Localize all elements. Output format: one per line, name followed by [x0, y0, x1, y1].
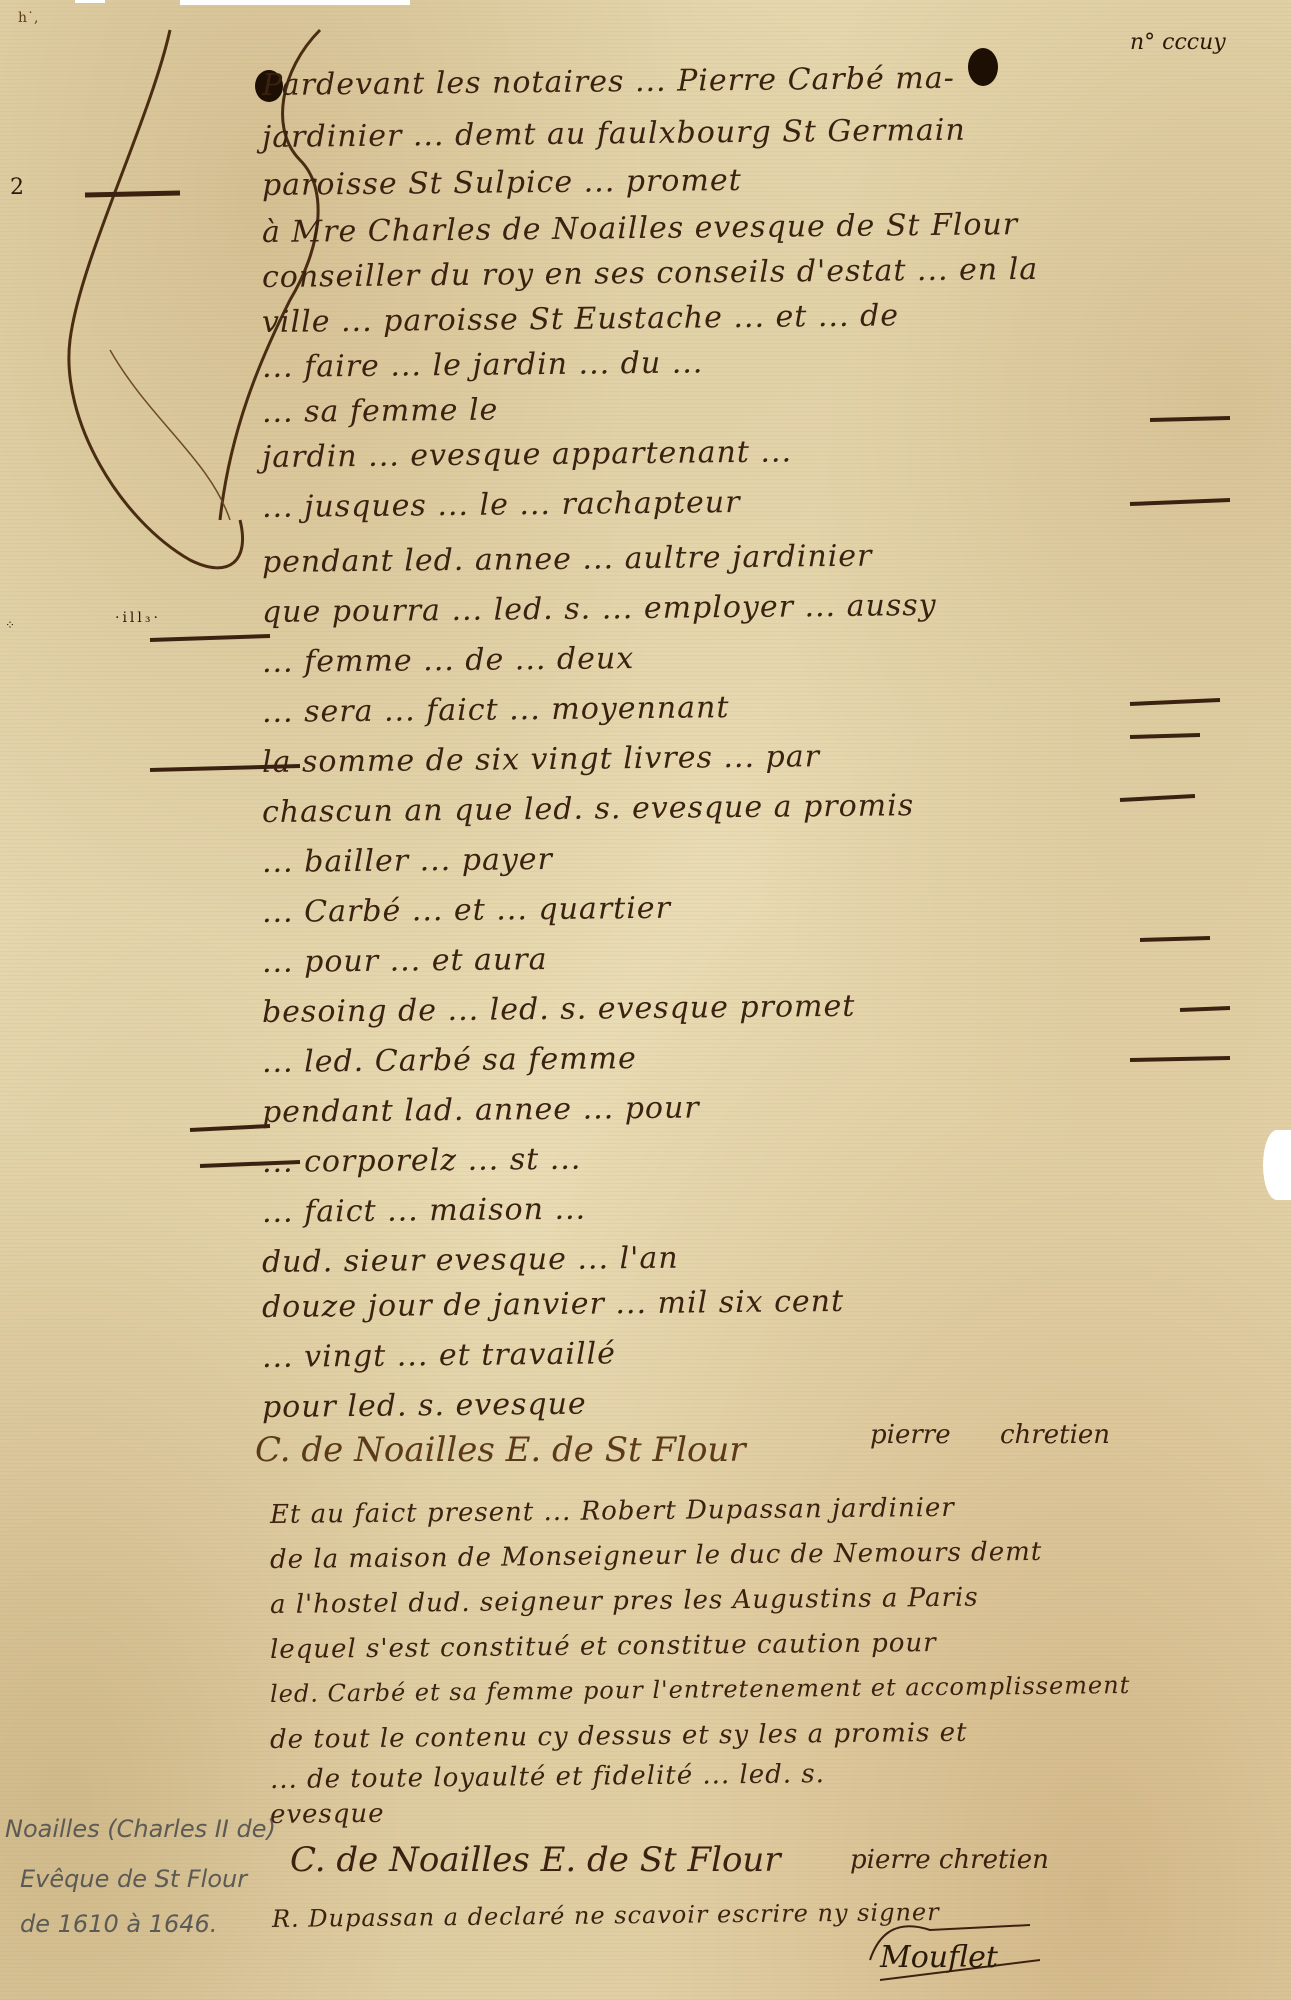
pencil-annotation-line: de 1610 à 1646.	[20, 1910, 217, 1938]
body-line: ... sera ... faict ... moyennant	[262, 690, 730, 730]
ink-specks: ⁘	[5, 618, 15, 632]
manuscript-page: h˙, n° cccuy 2 ·ı̇ll₃· ⁘ Pardevant les n…	[0, 0, 1291, 2000]
body-line: dud. sieur evesque ... l'an	[262, 1241, 679, 1280]
margin-mark: 2	[10, 175, 24, 200]
body-line: ... jusques ... le ... rachapteur	[262, 485, 741, 525]
body-line: ... vingt ... et travaillé	[262, 1336, 616, 1375]
addendum-line: evesque	[270, 1799, 385, 1830]
body-line: la somme de six vingt livres ... par	[262, 739, 820, 780]
folio-number: n° cccuy	[1130, 30, 1226, 55]
body-line: besoing de ... led. s. evesque promet	[262, 989, 856, 1030]
body-line: ... faict ... maison ...	[262, 1192, 586, 1230]
signature-noailles: C. de Noailles E. de St Flour	[255, 1430, 746, 1470]
body-line: douze jour de janvier ... mil six cent	[262, 1284, 844, 1325]
ink-blot	[968, 48, 998, 86]
body-line: jardinier ... demt au faulxbourg St Germ…	[262, 113, 966, 155]
body-line: paroisse St Sulpice ... promet	[262, 163, 742, 203]
body-line: pour led. s. evesque	[262, 1387, 587, 1425]
signature-pierre: pierre	[870, 1420, 951, 1450]
body-line: Pardevant les notaires ... Pierre Carbé …	[262, 61, 955, 103]
body-line: pendant lad. annee ... pour	[262, 1090, 700, 1130]
body-line: ... bailler ... payer	[262, 842, 553, 880]
body-line: pendant led. annee ... aultre jardinier	[262, 539, 873, 580]
body-line: ... corporelz ... st ...	[262, 1142, 582, 1180]
body-line: que pourra ... led. s. ... employer ... …	[262, 588, 937, 630]
body-line: ... femme ... de ... deux	[262, 641, 635, 680]
pencil-annotation-line: Noailles (Charles II de)	[5, 1815, 276, 1843]
body-line: jardin ... evesque appartenant ...	[262, 434, 792, 475]
ink-specks: ·ı̇ll₃·	[115, 610, 161, 626]
signature-noailles-2: C. de Noailles E. de St Flour	[290, 1840, 781, 1880]
body-line: ... sa femme le	[262, 393, 499, 430]
signature-pierre-chretien: pierre chretien	[850, 1845, 1049, 1875]
body-line: ... Carbé ... et ... quartier	[262, 891, 671, 930]
signature-chretien: chretien	[1000, 1420, 1110, 1450]
signature-notary: Mouflet	[880, 1940, 998, 1975]
body-line: ... led. Carbé sa femme	[262, 1041, 637, 1080]
pencil-annotation-line: Evêque de St Flour	[20, 1865, 247, 1893]
addendum-line: ... de toute loyaulté et fidelité ... le…	[270, 1759, 825, 1795]
body-line: ville ... paroisse St Eustache ... et ..…	[262, 298, 899, 340]
body-line: ... pour ... et aura	[262, 942, 548, 980]
corner-mark: h˙,	[18, 10, 38, 26]
body-line: ... faire ... le jardin ... du ...	[262, 345, 704, 385]
body-line: chascun an que led. s. evesque a promis	[262, 788, 915, 830]
